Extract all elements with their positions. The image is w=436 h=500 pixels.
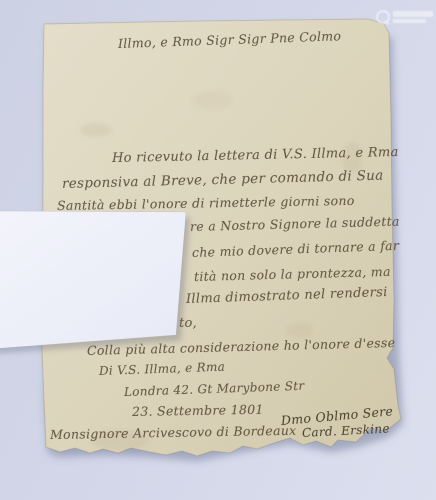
search-icon — [376, 10, 390, 24]
watermark — [376, 10, 433, 24]
card — [0, 211, 186, 349]
watermark-text-blur — [393, 11, 433, 23]
letter-photo: Illmo, e Rmo Sigr Sigr Pne Colmo Ho rice… — [0, 0, 436, 500]
white-card — [0, 0, 436, 500]
watermark-text-line — [393, 19, 426, 23]
watermark-text-line — [393, 11, 433, 17]
